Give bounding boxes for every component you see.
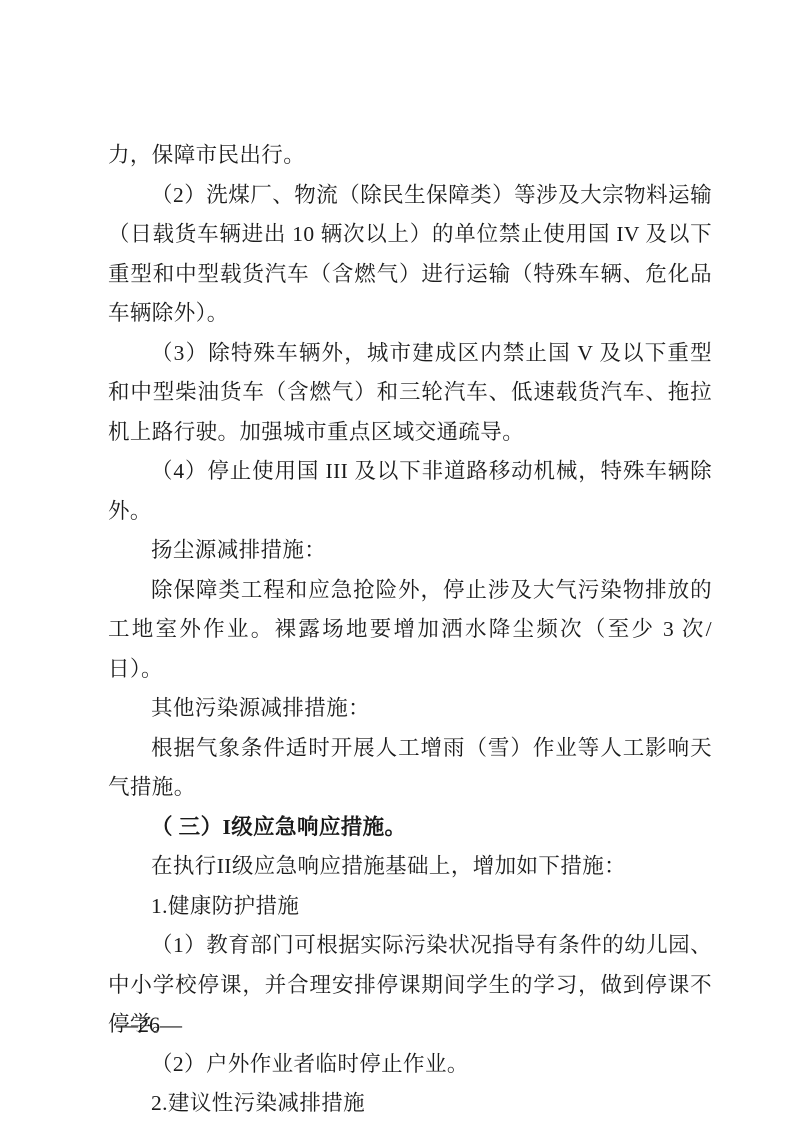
paragraph-health-item-1: （1）教育部门可根据实际污染状况指导有条件的幼儿园、中小学校停课，并合理安排停课…: [108, 926, 712, 1045]
document-body: 力，保障市民出行。 （2）洗煤厂、物流（除民生保障类）等涉及大宗物料运输（日载货…: [108, 136, 712, 1122]
subsection-heading-suggested-reduction: 2.建议性污染减排措施: [108, 1084, 712, 1122]
subsection-heading-health-protection: 1.健康防护措施: [108, 887, 712, 927]
paragraph-other-source-heading: 其他污染源减排措施：: [108, 689, 712, 729]
paragraph-item-4: （4）停止使用国 III 及以下非道路移动机械，特殊车辆除外。: [108, 452, 712, 531]
paragraph-continuation: 力，保障市民出行。: [108, 136, 712, 176]
paragraph-item-2: （2）洗煤厂、物流（除民生保障类）等涉及大宗物料运输（日载货车辆进出 10 辆次…: [108, 176, 712, 334]
section-heading-level-1-response: （ 三）I级应急响应措施。: [108, 808, 712, 848]
paragraph-dust-source-heading: 扬尘源减排措施：: [108, 531, 712, 571]
paragraph-other-source-body: 根据气象条件适时开展人工增雨（雪）作业等人工影响天气措施。: [108, 729, 712, 808]
paragraph-item-3: （3）除特殊车辆外，城市建成区内禁止国 V 及以下重型和中型柴油货车（含燃气）和…: [108, 334, 712, 453]
paragraph-level-1-intro: 在执行II级应急响应措施基础上，增加如下措施：: [108, 847, 712, 887]
paragraph-health-item-2: （2）户外作业者临时停止作业。: [108, 1045, 712, 1085]
page-number: —26—: [116, 1008, 182, 1042]
document-page: 力，保障市民出行。 （2）洗煤厂、物流（除民生保障类）等涉及大宗物料运输（日载货…: [0, 0, 793, 1122]
paragraph-dust-source-body: 除保障类工程和应急抢险外，停止涉及大气污染物排放的工地室外作业。裸露场地要增加洒…: [108, 571, 712, 690]
